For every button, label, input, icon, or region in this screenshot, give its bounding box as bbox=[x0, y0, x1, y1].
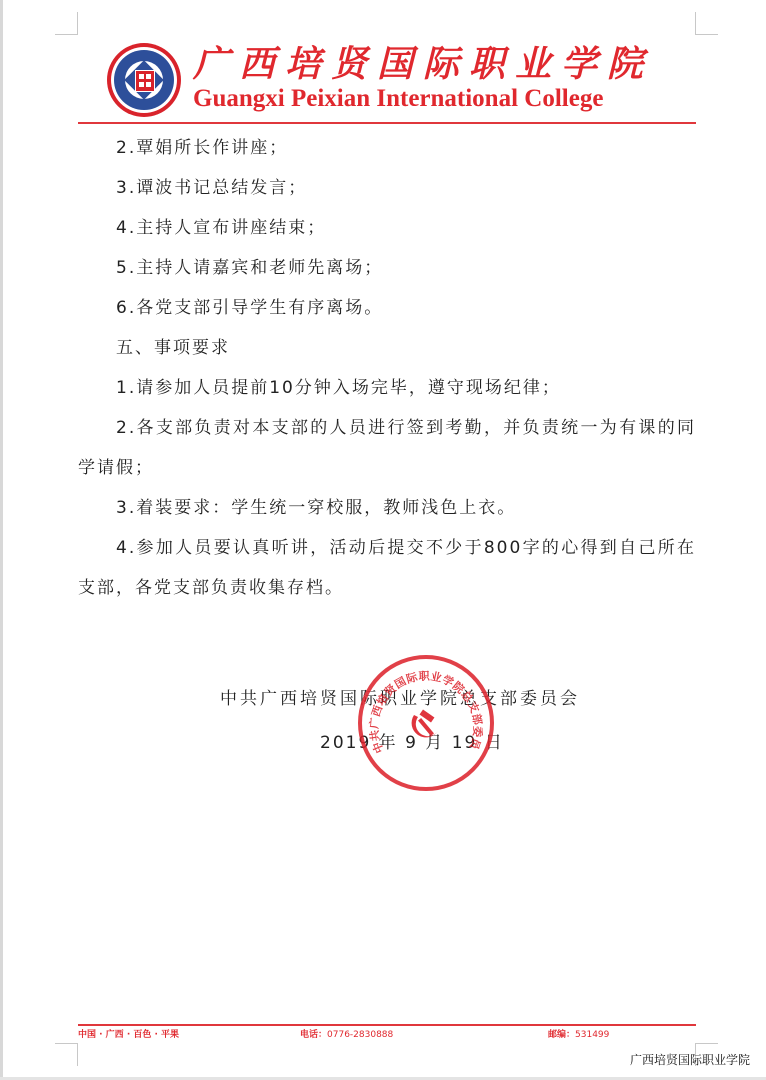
footer-divider bbox=[78, 1024, 696, 1026]
party-seal-stamp-icon: 中共广西培贤国际职业学院总支部委员会 bbox=[358, 655, 494, 791]
requirement-item-4: 4.参加人员要认真听讲，活动后提交不少于800字的心得到自己所在支部，各党支部负… bbox=[78, 528, 696, 608]
footer-postcode-label: 邮编： bbox=[548, 1030, 575, 1040]
college-name-chinese: 广西培贤国际职业学院 bbox=[193, 42, 653, 86]
hammer-sickle-icon bbox=[406, 705, 446, 745]
agenda-item-6: 6.各党支部引导学生有序离场。 bbox=[78, 288, 696, 328]
footer-address: 中国 · 广西 · 百色 · 平果 bbox=[78, 1028, 179, 1042]
college-emblem-icon bbox=[107, 43, 181, 117]
page-left-edge bbox=[0, 0, 3, 1080]
requirement-item-3: 3.着装要求：学生统一穿校服，教师浅色上衣。 bbox=[78, 488, 696, 528]
header-divider bbox=[78, 122, 696, 124]
footer-phone-label: 电话： bbox=[300, 1030, 327, 1040]
agenda-item-3: 3.谭波书记总结发言； bbox=[78, 168, 696, 208]
requirement-item-2: 2.各支部负责对本支部的人员进行签到考勤，并负责统一为有课的同学请假； bbox=[78, 408, 696, 488]
footer-postcode-value: 531499 bbox=[575, 1030, 609, 1040]
agenda-item-2: 2.覃娟所长作讲座； bbox=[78, 128, 696, 168]
requirement-item-1: 1.请参加人员提前10分钟入场完毕，遵守现场纪律； bbox=[78, 368, 696, 408]
page-corner-mark-top-left bbox=[55, 12, 78, 35]
footer-postcode: 邮编：531499 bbox=[548, 1028, 609, 1042]
college-name-english: Guangxi Peixian International College bbox=[193, 84, 603, 114]
document-body: 2.覃娟所长作讲座； 3.谭波书记总结发言； 4.主持人宣布讲座结束； 5.主持… bbox=[78, 128, 696, 608]
letterhead-footer: 中国 · 广西 · 百色 · 平果 电话：0776-2830888 邮编：531… bbox=[78, 1028, 696, 1042]
section-heading-requirements: 五、事项要求 bbox=[78, 328, 696, 368]
agenda-item-5: 5.主持人请嘉宾和老师先离场； bbox=[78, 248, 696, 288]
agenda-item-4: 4.主持人宣布讲座结束； bbox=[78, 208, 696, 248]
letterhead: 广西培贤国际职业学院 Guangxi Peixian International… bbox=[105, 40, 695, 120]
page-corner-mark-top-right bbox=[695, 12, 718, 35]
page-caption: 广西培贤国际职业学院 bbox=[630, 1051, 750, 1068]
footer-phone: 电话：0776-2830888 bbox=[300, 1028, 393, 1042]
page-corner-mark-bottom-left bbox=[55, 1043, 78, 1066]
footer-phone-value: 0776-2830888 bbox=[327, 1030, 393, 1040]
